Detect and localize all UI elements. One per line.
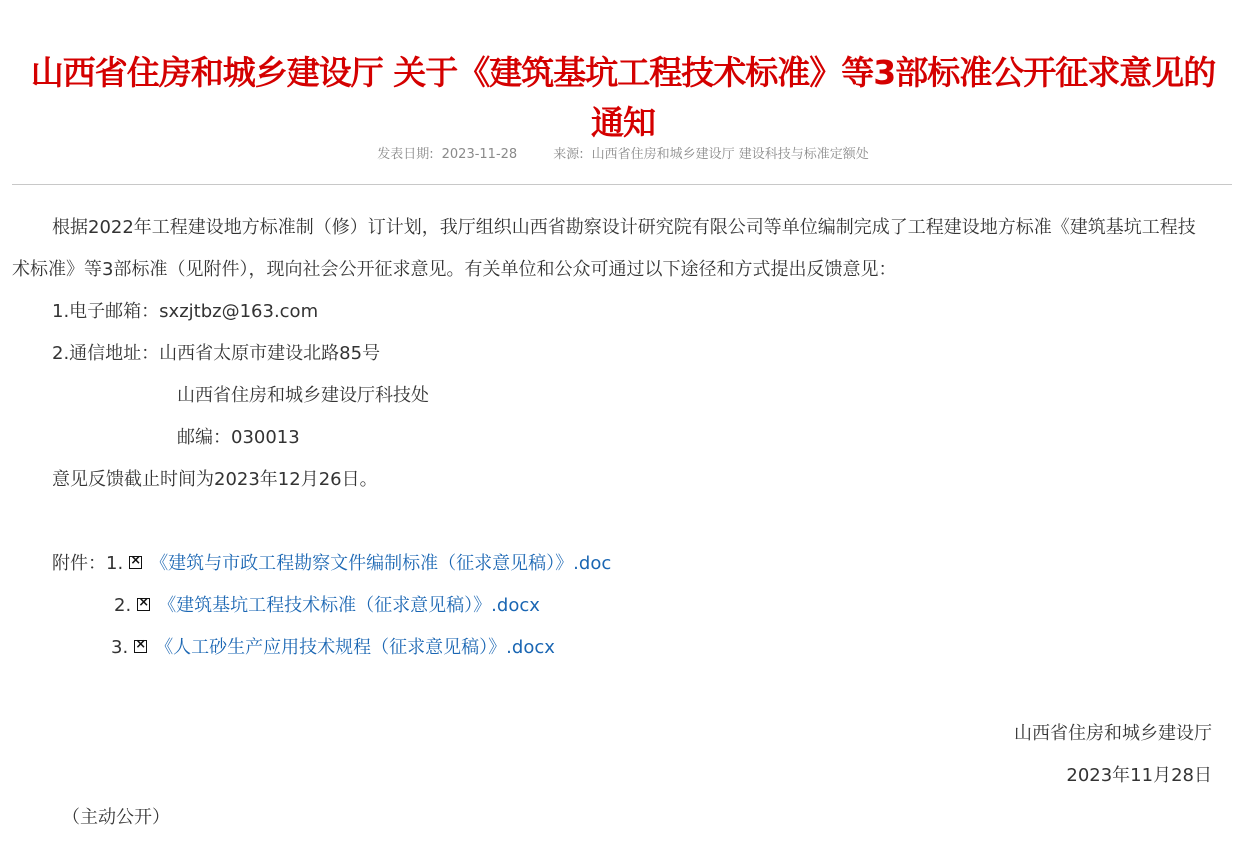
attachment-link-1[interactable]: 《建筑与市政工程勘察文件编制标准（征求意见稿）》.doc bbox=[150, 553, 611, 574]
postcode-line: 邮编：030013 bbox=[12, 417, 1212, 459]
attachments-list: 附件：1.《建筑与市政工程勘察文件编制标准（征求意见稿）》.doc 2.《建筑基… bbox=[12, 543, 1212, 669]
article-meta: 发表日期:2023-11-28来源:山西省住房和城乡建设厅 建设科技与标准定额处 bbox=[0, 145, 1246, 165]
source-value: 山西省住房和城乡建设厅 建设科技与标准定额处 bbox=[592, 147, 869, 162]
attachment-number: 1. bbox=[106, 553, 123, 574]
article-body: 根据2022年工程建设地方标准制（修）订计划，我厅组织山西省勘察设计研究院有限公… bbox=[12, 207, 1212, 669]
attachment-number: 3. bbox=[111, 637, 128, 658]
file-icon bbox=[129, 556, 142, 569]
file-icon bbox=[137, 598, 150, 611]
header-divider bbox=[12, 184, 1232, 185]
publish-date-value: 2023-11-28 bbox=[442, 147, 518, 162]
address-line: 2.通信地址：山西省太原市建设北路85号 bbox=[12, 333, 1212, 375]
publish-date-label: 发表日期: bbox=[377, 147, 433, 162]
source-label: 来源: bbox=[553, 147, 583, 162]
attachment-number: 2. bbox=[114, 595, 131, 616]
signature-date: 2023年11月28日 bbox=[812, 761, 1212, 787]
attachment-item: 2.《建筑基坑工程技术标准（征求意见稿）》.docx bbox=[12, 585, 1212, 627]
article-title: 山西省住房和城乡建设厅 关于《建筑基坑工程技术标准》等3部标准公开征求意见的通知 bbox=[20, 48, 1226, 148]
deadline-line: 意见反馈截止时间为2023年12月26日。 bbox=[12, 459, 1212, 501]
address-line-2: 山西省住房和城乡建设厅科技处 bbox=[12, 375, 1212, 417]
attachments-label: 附件： bbox=[52, 553, 106, 574]
attachment-item: 3.《人工砂生产应用技术规程（征求意见稿）》.docx bbox=[12, 627, 1212, 669]
attachment-link-2[interactable]: 《建筑基坑工程技术标准（征求意见稿）》.docx bbox=[158, 595, 540, 616]
email-line: 1.电子邮箱：sxzjtbz@163.com bbox=[12, 291, 1212, 333]
disclosure-note: （主动公开） bbox=[62, 803, 170, 829]
signature-org: 山西省住房和城乡建设厅 bbox=[812, 719, 1212, 745]
attachment-link-3[interactable]: 《人工砂生产应用技术规程（征求意见稿）》.docx bbox=[155, 637, 555, 658]
file-icon bbox=[134, 640, 147, 653]
attachment-item: 附件：1.《建筑与市政工程勘察文件编制标准（征求意见稿）》.doc bbox=[12, 543, 1212, 585]
intro-paragraph: 根据2022年工程建设地方标准制（修）订计划，我厅组织山西省勘察设计研究院有限公… bbox=[12, 207, 1212, 291]
